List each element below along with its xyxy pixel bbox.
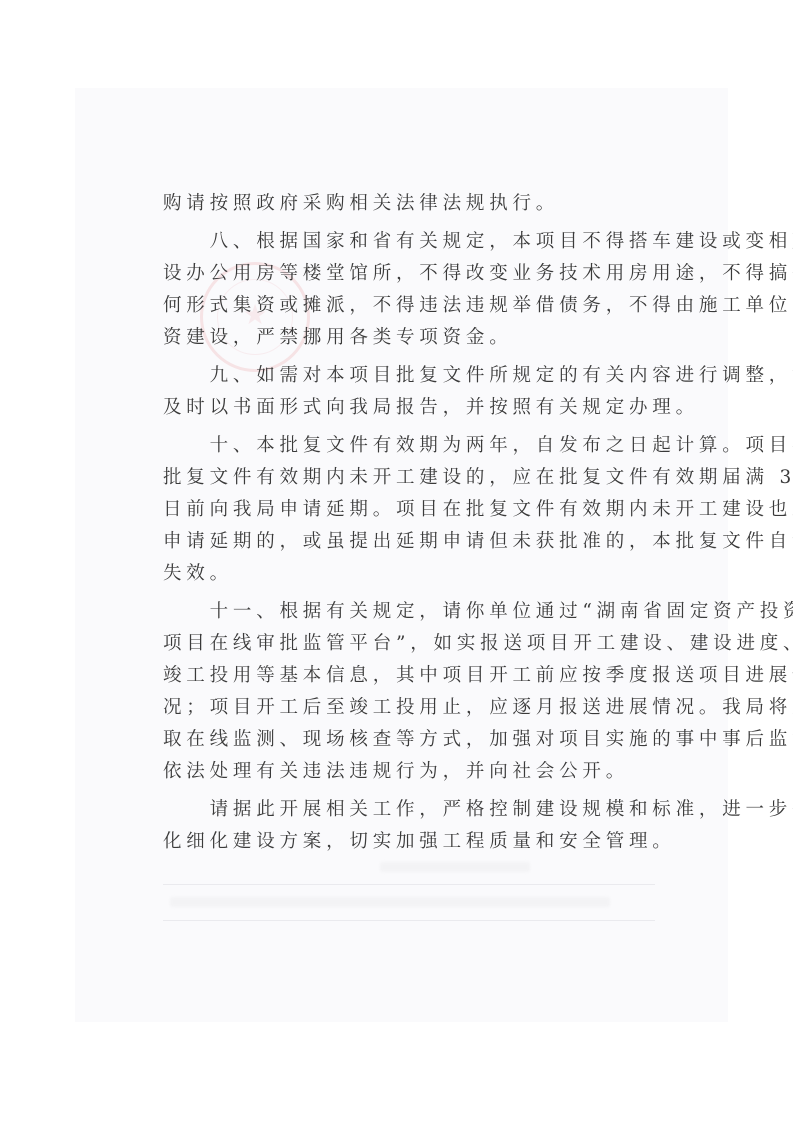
- text-line: 设办公用房等楼堂馆所，不得改变业务技术用房用途，不得搞任: [163, 258, 663, 290]
- bleedthrough-mark: [170, 897, 610, 907]
- text-line: 及时以书面形式向我局报告，并按照有关规定办理。: [163, 392, 663, 424]
- text-line: 化细化建设方案，切实加强工程质量和安全管理。: [163, 826, 663, 858]
- text-line: 购请按照政府采购相关法律法规执行。: [163, 188, 663, 220]
- text-line: 失效。: [163, 558, 663, 590]
- text-line: 十一、根据有关规定，请你单位通过“湖南省固定资产投资: [163, 596, 663, 628]
- text-line: 十、本批复文件有效期为两年，自发布之日起计算。项目在: [163, 430, 663, 462]
- paragraph-closing: 请据此开展相关工作，严格控制建设规模和标准，进一步优 化细化建设方案，切实加强工…: [163, 794, 663, 858]
- paragraph-continuation: 购请按照政府采购相关法律法规执行。: [163, 188, 663, 220]
- text-line: 项目在线审批监管平台”，如实报送项目开工建设、建设进度、: [163, 628, 663, 660]
- text-line: 竣工投用等基本信息，其中项目开工前应按季度报送项目进展情: [163, 660, 663, 692]
- paragraph-item-10: 十、本批复文件有效期为两年，自发布之日起计算。项目在 批复文件有效期内未开工建设…: [163, 430, 663, 590]
- text-line: 何形式集资或摊派，不得违法违规举借债务，不得由施工单位垫: [163, 290, 663, 322]
- document-body: 购请按照政府采购相关法律法规执行。 八、根据国家和省有关规定，本项目不得搭车建设…: [163, 188, 663, 858]
- text-line: 请据此开展相关工作，严格控制建设规模和标准，进一步优: [163, 794, 663, 826]
- footer-rule-bottom: [163, 920, 655, 921]
- text-line: 批复文件有效期内未开工建设的，应在批复文件有效期届满 30: [163, 462, 663, 494]
- text-line: 资建设，严禁挪用各类专项资金。: [163, 322, 663, 354]
- paragraph-item-11: 十一、根据有关规定，请你单位通过“湖南省固定资产投资 项目在线审批监管平台”，如…: [163, 596, 663, 788]
- paragraph-item-9: 九、如需对本项目批复文件所规定的有关内容进行调整，请 及时以书面形式向我局报告，…: [163, 360, 663, 424]
- paragraph-item-8: 八、根据国家和省有关规定，本项目不得搭车建设或变相建 设办公用房等楼堂馆所，不得…: [163, 226, 663, 354]
- text-line: 况；项目开工后至竣工投用止，应逐月报送进展情况。我局将采: [163, 692, 663, 724]
- text-line: 八、根据国家和省有关规定，本项目不得搭车建设或变相建: [163, 226, 663, 258]
- bleedthrough-mark: [380, 862, 530, 872]
- text-line: 九、如需对本项目批复文件所规定的有关内容进行调整，请: [163, 360, 663, 392]
- text-line: 日前向我局申请延期。项目在批复文件有效期内未开工建设也未: [163, 494, 663, 526]
- text-line: 取在线监测、现场核查等方式，加强对项目实施的事中事后监管，: [163, 724, 663, 756]
- text-line: 依法处理有关违法违规行为，并向社会公开。: [163, 756, 663, 788]
- footer-rule-top: [163, 884, 655, 885]
- text-line: 申请延期的，或虽提出延期申请但未获批准的，本批复文件自动: [163, 526, 663, 558]
